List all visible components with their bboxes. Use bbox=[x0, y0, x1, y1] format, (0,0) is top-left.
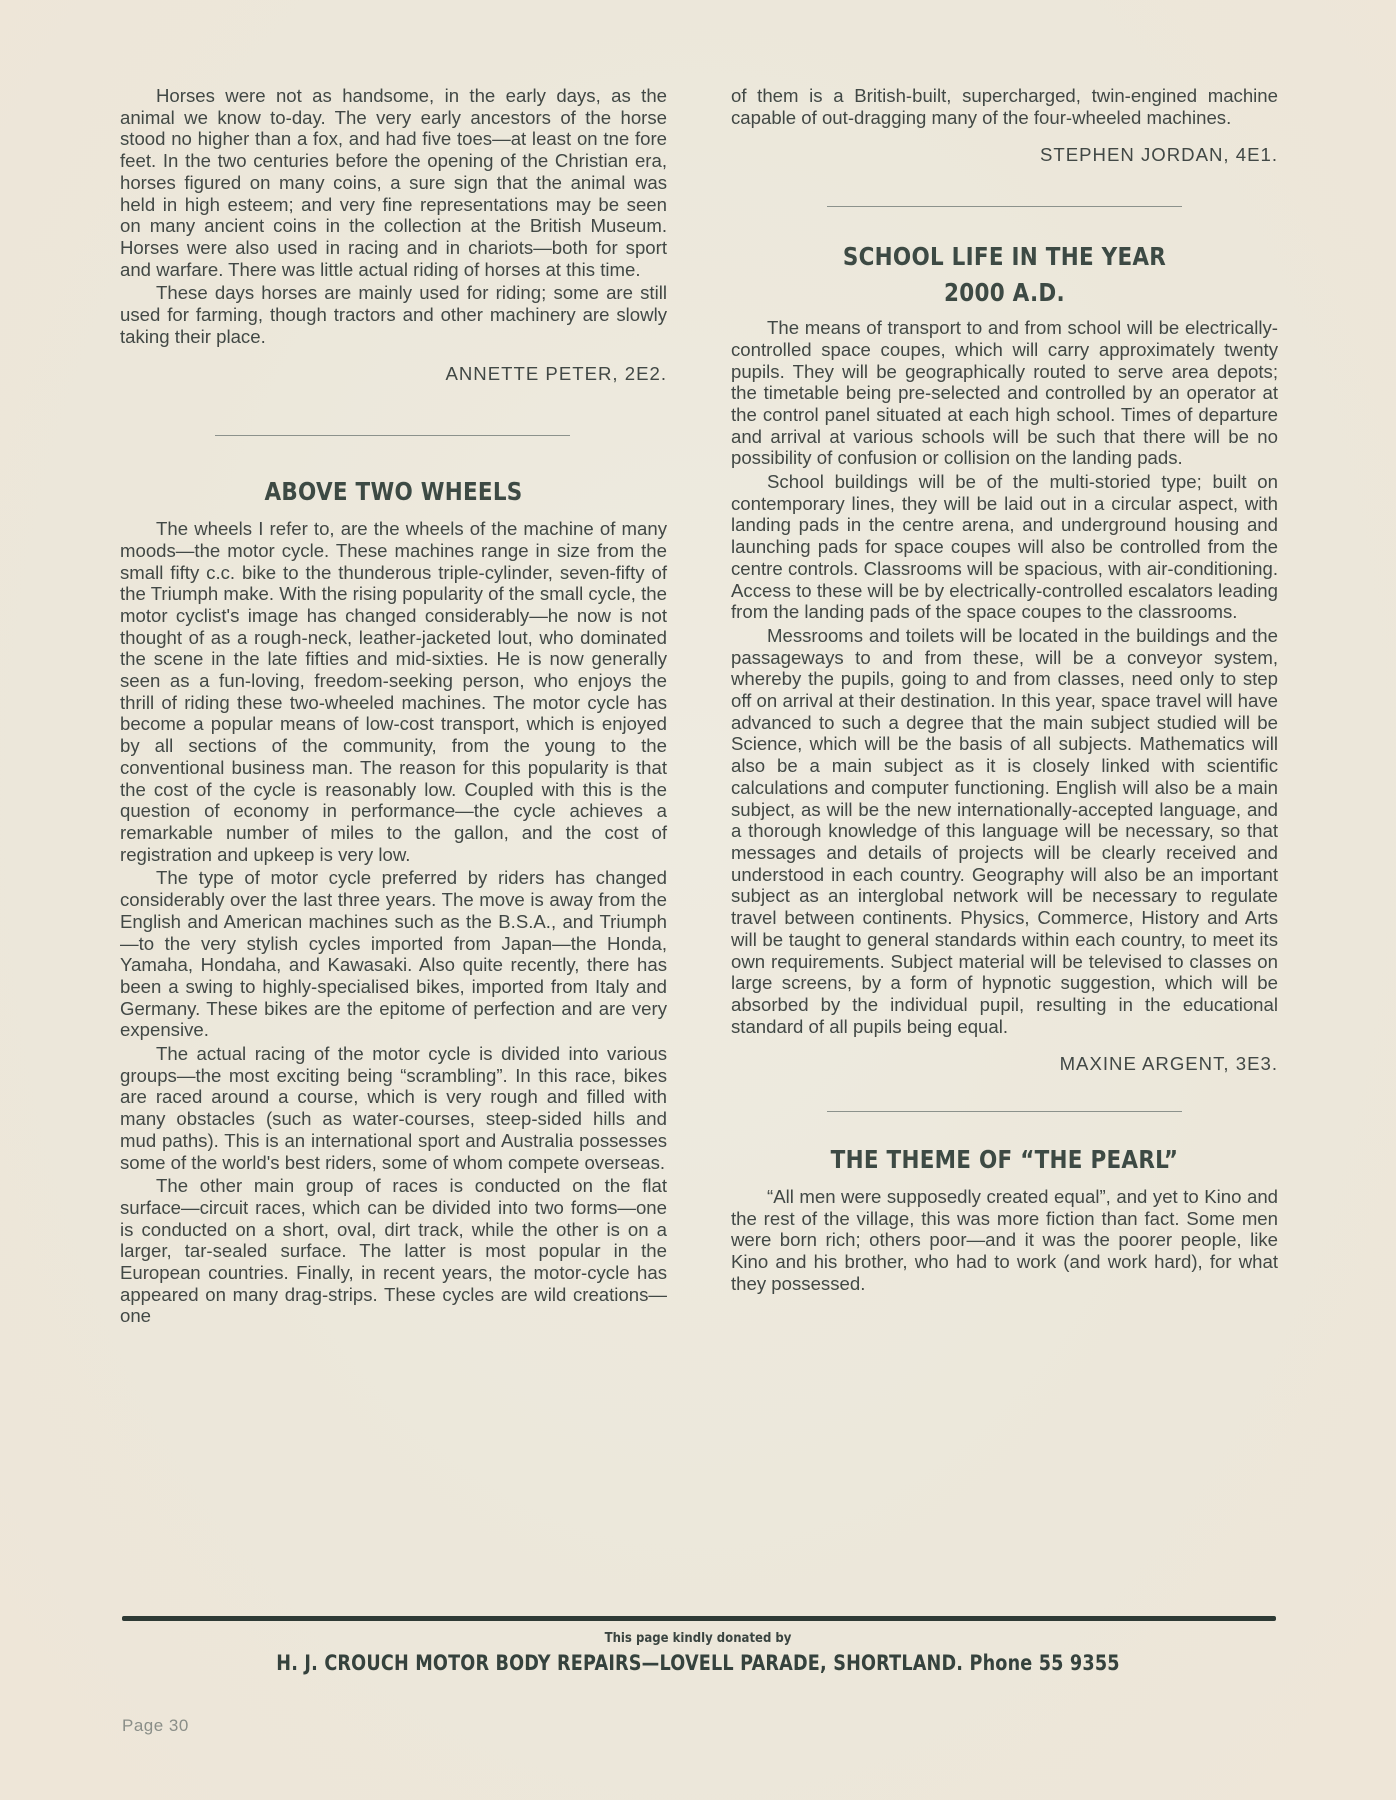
article-paragraph: Horses were not as handsome, in the earl… bbox=[120, 85, 667, 280]
article-paragraph: The other main group of races is conduct… bbox=[120, 1175, 667, 1327]
section-divider bbox=[215, 435, 570, 436]
page-number: Page 30 bbox=[122, 1716, 189, 1736]
article-title-line: 2000 A.D. bbox=[769, 275, 1239, 311]
pearl-article: “All men were supposedly created equal”,… bbox=[731, 1186, 1278, 1295]
article-paragraph: Messrooms and toilets will be located in… bbox=[731, 625, 1278, 1037]
sponsor-line: H. J. CROUCH MOTOR BODY REPAIRS—LOVELL P… bbox=[112, 1651, 1285, 1675]
section-divider bbox=[827, 1111, 1182, 1112]
wheels-article: The wheels I refer to, are the wheels of… bbox=[120, 518, 667, 1327]
article-title: ABOVE TWO WHEELS bbox=[158, 474, 628, 510]
section-divider bbox=[827, 206, 1182, 207]
article-paragraph: The type of motor cycle preferred by rid… bbox=[120, 867, 667, 1041]
article-paragraph: “All men were supposedly created equal”,… bbox=[731, 1186, 1278, 1295]
left-column: Horses were not as handsome, in the earl… bbox=[120, 85, 667, 1327]
article-paragraph: The wheels I refer to, are the wheels of… bbox=[120, 518, 667, 865]
article-paragraph: These days horses are mainly used for ri… bbox=[120, 282, 667, 347]
article-title-line: SCHOOL LIFE IN THE YEAR bbox=[769, 239, 1239, 275]
article-paragraph: of them is a British-built, supercharged… bbox=[731, 85, 1278, 128]
article-paragraph: The actual racing of the motor cycle is … bbox=[120, 1043, 667, 1173]
author-byline: ANNETTE PETER, 2E2. bbox=[120, 363, 667, 385]
article-paragraph: School buildings will be of the multi-st… bbox=[731, 471, 1278, 623]
school-article: The means of transport to and from schoo… bbox=[731, 317, 1278, 1075]
article-title: THE THEME OF “THE PEARL” bbox=[769, 1142, 1239, 1178]
donated-by-label: This page kindly donated by bbox=[70, 1631, 1326, 1646]
horses-article: Horses were not as handsome, in the earl… bbox=[120, 85, 667, 385]
article-title: SCHOOL LIFE IN THE YEAR 2000 A.D. bbox=[769, 239, 1239, 311]
magazine-page: Horses were not as handsome, in the earl… bbox=[0, 0, 1396, 1800]
article-paragraph: The means of transport to and from schoo… bbox=[731, 317, 1278, 469]
author-byline: MAXINE ARGENT, 3E3. bbox=[731, 1053, 1278, 1075]
author-byline: STEPHEN JORDAN, 4E1. bbox=[731, 144, 1278, 166]
right-column: of them is a British-built, supercharged… bbox=[731, 85, 1278, 1295]
footer-rule bbox=[122, 1616, 1276, 1621]
